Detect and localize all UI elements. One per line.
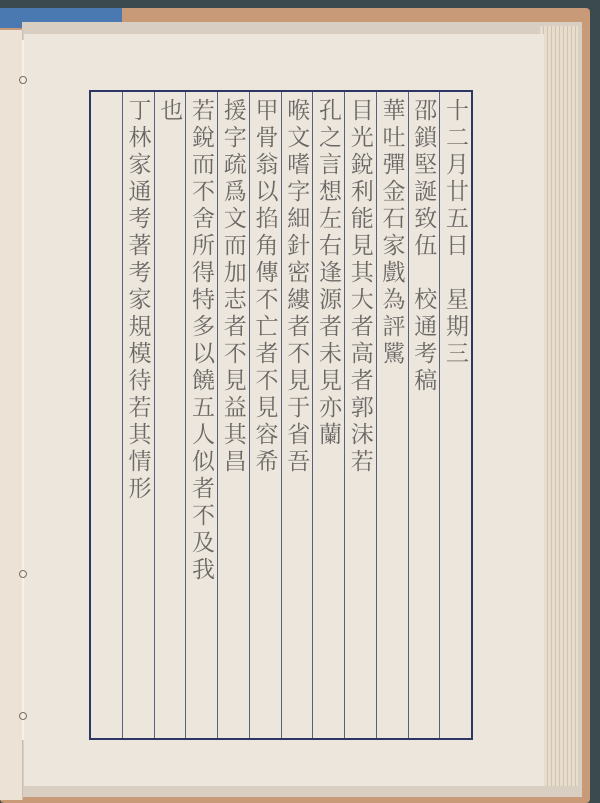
grid-column: 也 xyxy=(154,92,186,738)
column-text: 援字疏爲文而加志者不見益其昌 xyxy=(218,98,249,476)
binding-stitch xyxy=(19,76,27,84)
previous-page-edge xyxy=(0,30,23,800)
column-text: 甲骨翁以掐角傳不亡者不見容希 xyxy=(250,98,281,476)
grid-column: 十二月廿五日 星期三 xyxy=(439,92,471,738)
page-edges xyxy=(540,26,578,786)
column-text: 華吐彈金石家戲為評騭 xyxy=(377,98,408,368)
column-text: 十二月廿五日 星期三 xyxy=(440,98,471,368)
column-text: 目光銳利能見其大者高者郭沫若 xyxy=(345,98,376,476)
binding-stitch xyxy=(19,570,27,578)
grid-column: 華吐彈金石家戲為評騭 xyxy=(376,92,408,738)
grid-column: 邵鎖堅誕致伍 校通考稿 xyxy=(408,92,440,738)
grid-column: 孔之言想左右逢源者未見亦蘭 xyxy=(312,92,344,738)
column-text: 丁林家通考著考家規模待若其情形 xyxy=(123,98,154,503)
grid-column xyxy=(91,92,122,738)
column-text: 孔之言想左右逢源者未見亦蘭 xyxy=(313,98,344,449)
grid-column: 目光銳利能見其大者高者郭沫若 xyxy=(344,92,376,738)
grid-column: 丁林家通考著考家規模待若其情形 xyxy=(122,92,154,738)
binding-thread xyxy=(22,40,24,740)
grid-column: 甲骨翁以掐角傳不亡者不見容希 xyxy=(249,92,281,738)
column-text: 也 xyxy=(155,98,186,125)
grid-column: 援字疏爲文而加志者不見益其昌 xyxy=(217,92,249,738)
grid-column: 喉文嗜字細針密縷者不見于省吾 xyxy=(281,92,313,738)
column-text: 若銳而不舍所得特多以饒五人似者不及我 xyxy=(186,98,217,584)
column-text: 邵鎖堅誕致伍 校通考稿 xyxy=(409,98,440,395)
binding-stitch xyxy=(19,712,27,720)
grid-column: 若銳而不舍所得特多以饒五人似者不及我 xyxy=(185,92,217,738)
ruled-grid: 十二月廿五日 星期三 邵鎖堅誕致伍 校通考稿 華吐彈金石家戲為評騭 目光銳利能見… xyxy=(89,90,473,740)
column-text: 喉文嗜字細針密縷者不見于省吾 xyxy=(282,98,313,476)
